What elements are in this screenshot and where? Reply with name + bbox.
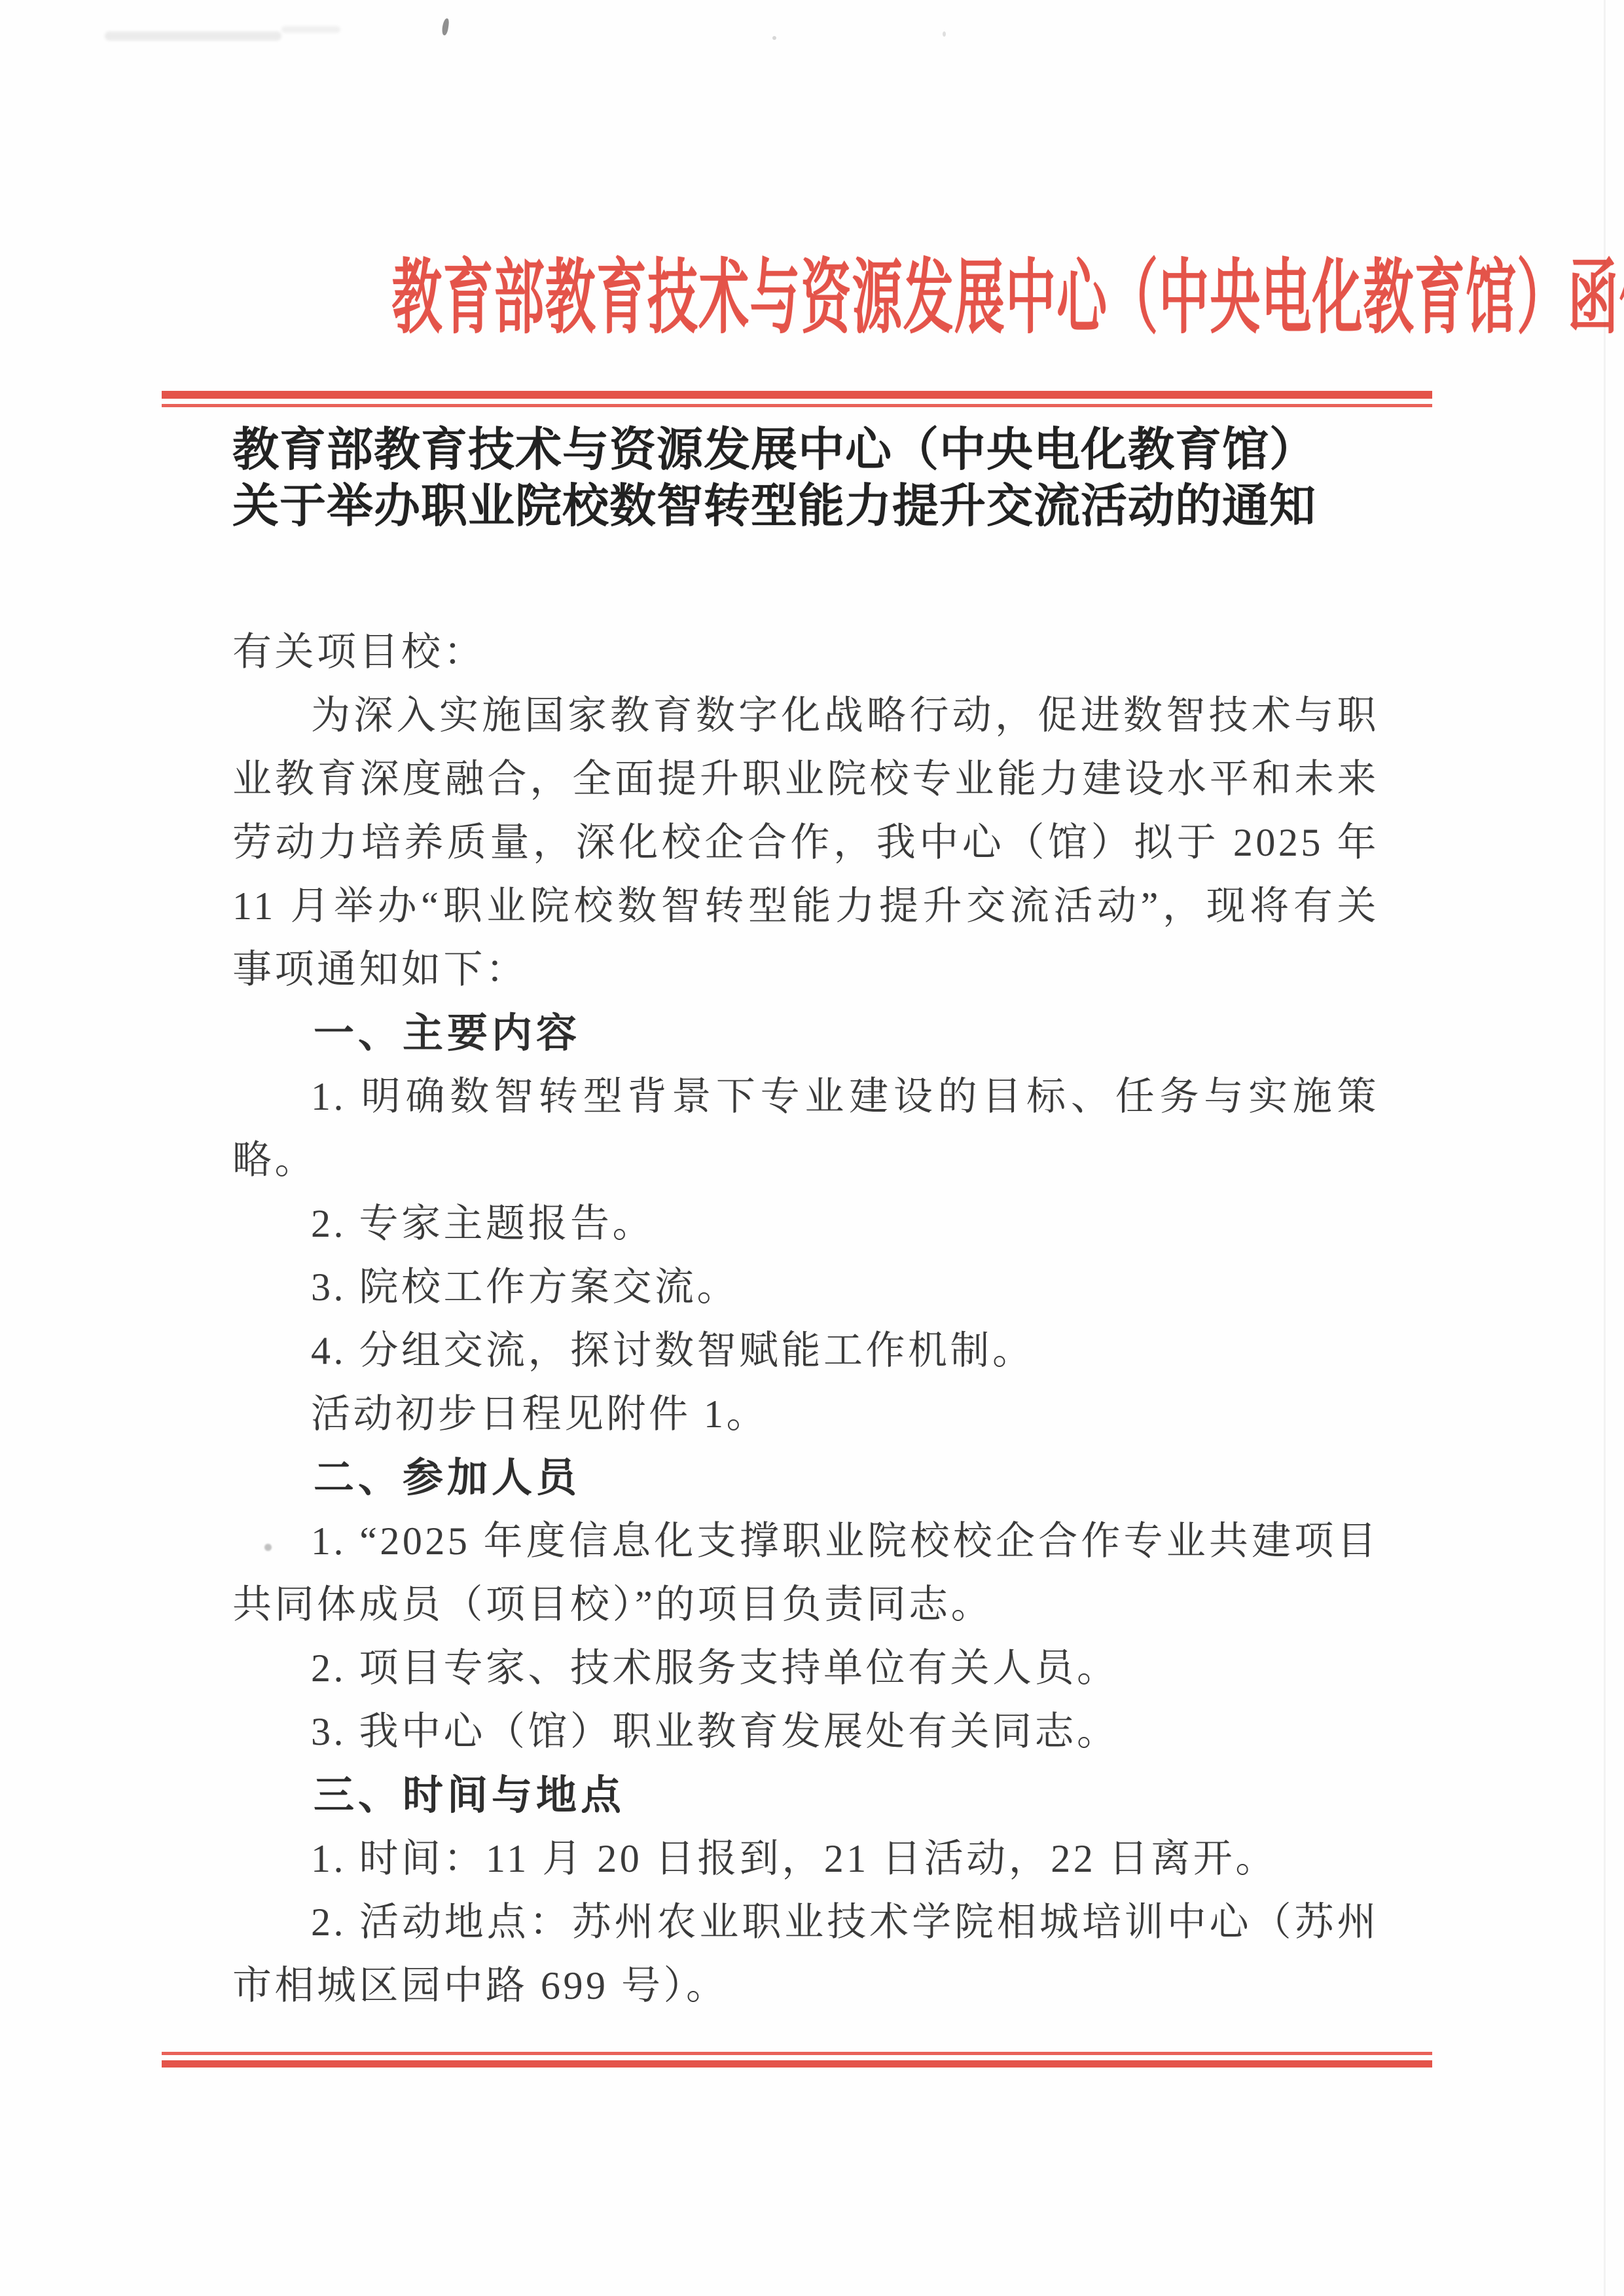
document-title: 教育部教育技术与资源发展中心（中央电化教育馆） 关于举办职业院校数智转型能力提升… (232, 422, 1384, 535)
scan-artifact-speck (943, 31, 946, 37)
section-heading-2: 二、参加人员 (232, 1446, 1379, 1510)
section3-item-1: 1. 时间：11 月 20 日报到，21 日活动，22 日离开。 (232, 1827, 1379, 1891)
scan-artifact-smudge (105, 31, 281, 41)
section-heading-3: 三、时间与地点 (232, 1764, 1379, 1827)
section3-item-2: 2. 活动地点：苏州农业职业技术学院相城培训中心（苏州市相城区园中路 699 号… (232, 1891, 1379, 2018)
section-heading-1: 一、主要内容 (232, 1002, 1379, 1065)
letterhead-title: 教育部教育技术与资源发展中心（中央电化教育馆）函件 (392, 250, 1624, 347)
salutation: 有关项目校： (232, 621, 1379, 684)
section1-item-4: 4. 分组交流，探讨数智赋能工作机制。 (232, 1319, 1379, 1383)
section2-item-2: 2. 项目专家、技术服务支持单位有关人员。 (232, 1637, 1379, 1700)
letterhead-masthead: 教育部教育技术与资源发展中心（中央电化教育馆）函件 (0, 250, 1624, 347)
scanned-letter-page: 教育部教育技术与资源发展中心（中央电化教育馆）函件 教育部教育技术与资源发展中心… (0, 0, 1624, 2296)
footer-rule-thin (162, 2052, 1432, 2055)
scan-artifact-speck (772, 36, 776, 40)
section1-note: 活动初步日程见附件 1。 (232, 1383, 1379, 1446)
document-title-line1: 教育部教育技术与资源发展中心（中央电化教育馆） (232, 422, 1384, 479)
footer-rule-thick (162, 2060, 1432, 2068)
letter-body: 有关项目校： 为深入实施国家教育数字化战略行动，促进数智技术与职业教育深度融合，… (232, 621, 1379, 2018)
scan-artifact-mark (441, 18, 450, 36)
section2-item-3: 3. 我中心（馆）职业教育发展处有关同志。 (232, 1700, 1379, 1764)
scan-artifact-smudge (281, 26, 340, 33)
section1-item-3: 3. 院校工作方案交流。 (232, 1256, 1379, 1319)
section1-item-2: 2. 专家主题报告。 (232, 1192, 1379, 1256)
masthead-rule-thick (162, 391, 1432, 399)
masthead-rule-thin (162, 404, 1432, 407)
section2-item-1: 1. “2025 年度信息化支撑职业院校校企合作专业共建项目共同体成员（项目校）… (232, 1510, 1379, 1637)
document-title-line2: 关于举办职业院校数智转型能力提升交流活动的通知 (232, 479, 1384, 535)
intro-paragraph: 为深入实施国家教育数字化战略行动，促进数智技术与职业教育深度融合，全面提升职业院… (232, 684, 1379, 1002)
section1-item-1: 1. 明确数智转型背景下专业建设的目标、任务与实施策略。 (232, 1065, 1379, 1192)
